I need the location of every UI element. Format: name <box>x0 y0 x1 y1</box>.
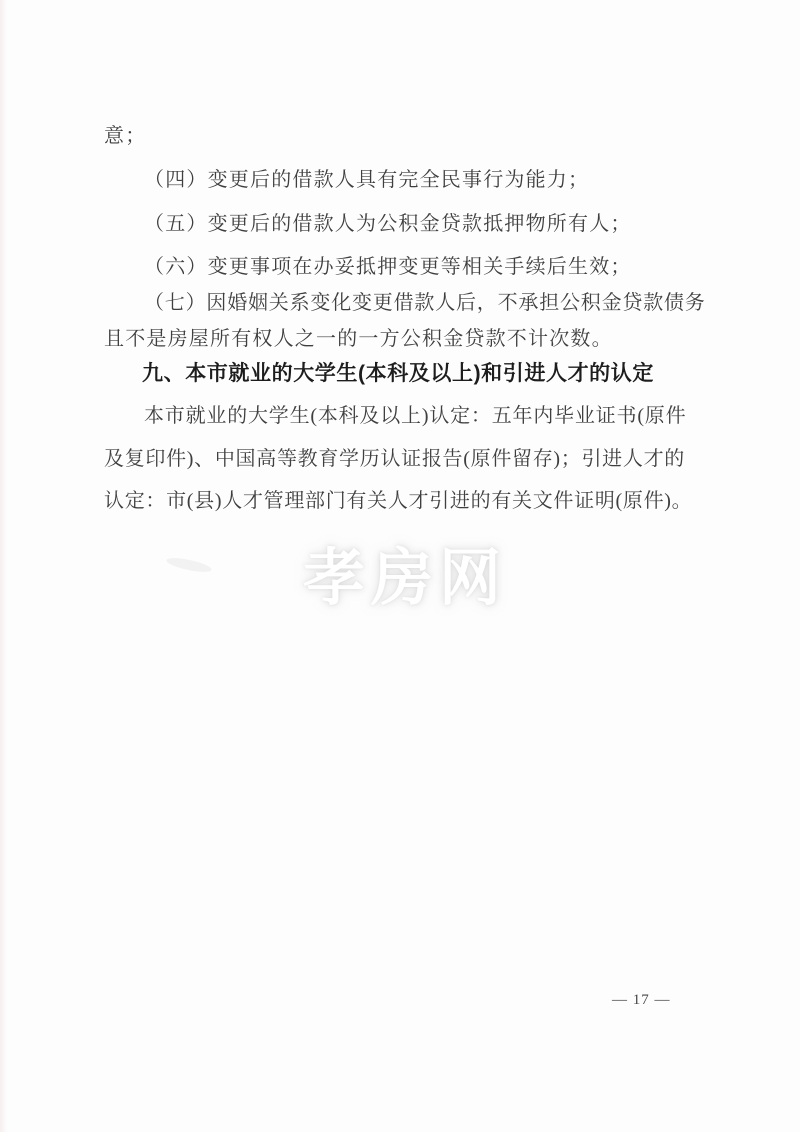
body-paragraph-line-2: 及复印件)、中国高等教育学历认证报告(原件留存)；引进人才的 <box>104 442 685 471</box>
paragraph-line-continuation: 意； <box>104 119 146 148</box>
section-heading: 九、本市就业的大学生(本科及以上)和引进人才的认定 <box>142 357 654 387</box>
list-item-six: （六）变更事项在办妥抵押变更等相关手续后生效； <box>144 250 632 279</box>
document-page: 意； （四）变更后的借款人具有完全民事行为能力； （五）变更后的借款人为公积金贷… <box>0 0 800 1132</box>
list-item-five: （五）变更后的借款人为公积金贷款抵押物所有人； <box>144 207 632 236</box>
scan-smudge-artifact <box>165 555 212 574</box>
page-number: — 17 — <box>612 992 671 1009</box>
body-paragraph-line-1: 本市就业的大学生(本科及以上)认定：五年内毕业证书(原件 <box>144 399 686 428</box>
watermark: 孝房网 <box>303 528 507 617</box>
scan-edge-artifact <box>0 0 7 1132</box>
list-item-seven-line-1: （七）因婚姻关系变化变更借款人后，不承担公积金贷款债务 <box>144 286 706 315</box>
list-item-seven-line-2: 且不是房屋所有权人之一的一方公积金贷款不计次数。 <box>104 322 613 351</box>
body-paragraph-line-3: 认定：市(县)人才管理部门有关人才引进的有关文件证明(原件)。 <box>104 484 692 513</box>
list-item-four: （四）变更后的借款人具有完全民事行为能力； <box>144 163 589 192</box>
